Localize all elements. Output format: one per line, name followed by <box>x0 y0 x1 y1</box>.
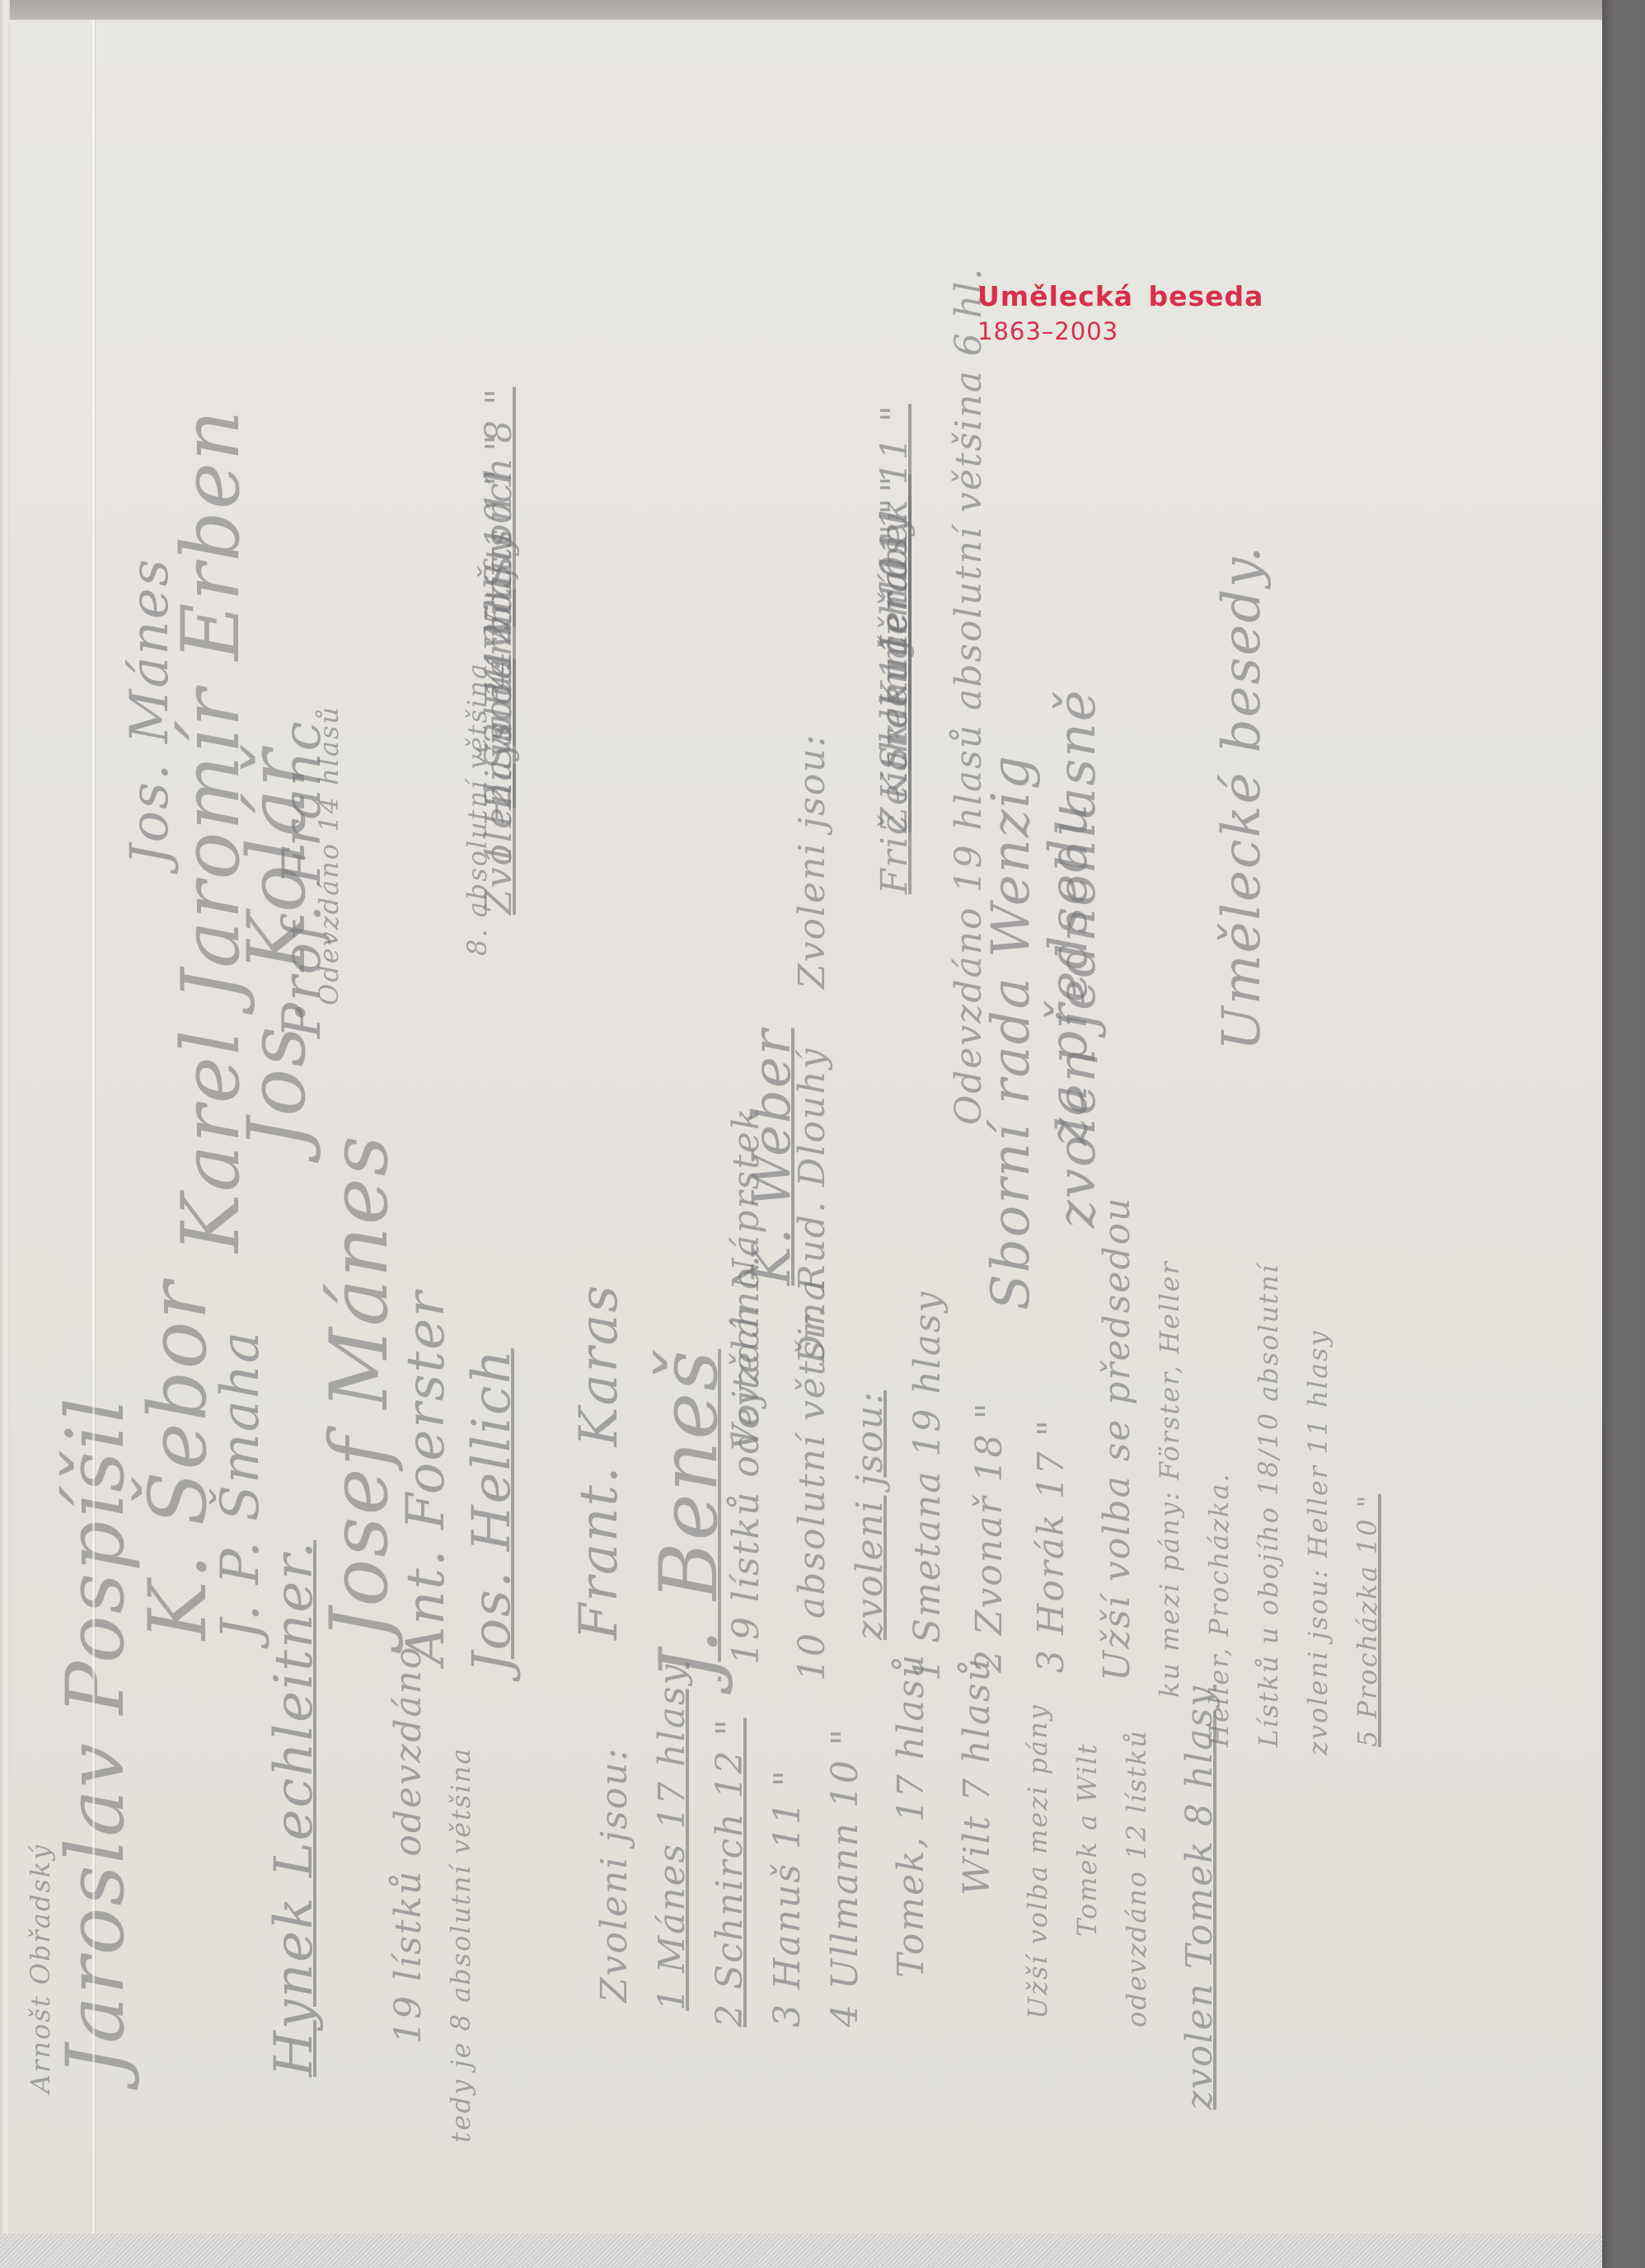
title-block: Umělecká beseda 1863–2003 <box>977 280 1263 346</box>
manuscript-line: J. P. Šmaha <box>210 1330 271 1640</box>
manuscript-line: tedy je 8 absolutní většina <box>445 1747 476 2143</box>
manuscript-line: zvoleni jsou: Heller 11 hlasy <box>1302 1329 1333 1755</box>
manuscript-line: 19 lístků odevzdáno. <box>725 1253 767 1665</box>
manuscript-line: Zeithammer 11 " <box>874 496 916 832</box>
manuscript-line: 8. absolutní většina <box>462 662 493 956</box>
manuscript-line: Zvoleni jsou: <box>791 733 833 989</box>
manuscript-line: 3 Barvitius 11 " <box>478 433 520 746</box>
manuscript-line: zvolen jednohlasně <box>1047 688 1108 1228</box>
manuscript-line: Kučera 11 " <box>874 475 916 709</box>
cover-title: Umělecká beseda <box>977 280 1263 313</box>
manuscript-line: Jaroslav Pospíšil <box>49 1396 142 2077</box>
manuscript-line: Užší volba mezi pány <box>1022 1703 1053 2019</box>
manuscript-line: Ant. Foerster <box>396 1290 457 1665</box>
manuscript-line: Užší volba se předsedou <box>1096 1197 1138 1681</box>
manuscript-line: Prof. Franc <box>272 720 333 1039</box>
manuscript-line: 5 Procházka 10 " <box>1352 1494 1383 1747</box>
book-cover: Vojtěch NáprstekDr. Rud. DlouhýK. WeberO… <box>0 0 1602 2233</box>
manuscript-line: Heller, Procházka. <box>1203 1472 1235 1747</box>
manuscript-line: Dr. Rud. Dlouhý <box>791 1047 833 1364</box>
manuscript-line: zvoleni jsou: <box>849 1390 891 1640</box>
manuscript-line: 2 Schnirch 12 " <box>709 1717 751 2027</box>
manuscript-line: 3 Horák 17 " <box>1030 1418 1072 1673</box>
manuscript-line: Wilt 7 hlasů <box>956 1656 998 1895</box>
manuscript-line: 3 Hanuš 11 " <box>766 1769 808 2027</box>
manuscript-line: K. Weber <box>742 1029 803 1286</box>
manuscript-line: Jos. Mánes <box>120 558 180 865</box>
manuscript-line: Zvoleni jsou: <box>478 659 520 915</box>
manuscript-line: ku mezi pány: Förster, Heller <box>1154 1260 1185 1698</box>
manuscript-line: K. Šebor <box>132 1281 224 1640</box>
manuscript-line: J. Beneš <box>643 1349 735 1681</box>
cover-dates: 1863–2003 <box>977 316 1263 346</box>
manuscript-line: Sborní rada Wenzig <box>981 754 1042 1310</box>
manuscript-line: Frant. Karas <box>569 1284 630 1640</box>
manuscript-line: Umělecké besedy. <box>1211 545 1272 1051</box>
manuscript-line: Zvoleni jsou: <box>593 1747 635 2003</box>
manuscript-line: 10 absolutní většina <box>791 1277 833 1681</box>
manuscript-line: Jos. Kolář <box>231 748 323 1150</box>
manuscript-line: 1 Smetana 19 hlasy <box>907 1291 949 1681</box>
manuscript-line: 4 Ullmann 10 " <box>824 1727 866 2027</box>
manuscript-line: Jeřábek 11 " <box>874 404 916 651</box>
manuscript-line: Lístků u obojího 18/10 absolutní <box>1253 1263 1284 1747</box>
manuscript-line: 1 Hlava 14 hlasy <box>478 532 520 865</box>
manuscript-line: za předsedu <box>1038 801 1099 1146</box>
manuscript-line: Vojtěch Náprstek <box>725 1107 767 1450</box>
manuscript-line: 19 lístků odevzdáno <box>387 1646 429 2044</box>
manuscript-line: Jos. Hellich <box>462 1348 523 1673</box>
manuscript-line: Tomek a Wilt <box>1071 1742 1103 1937</box>
manuscript-line: Hynek Lechleitner. <box>264 1540 325 2077</box>
manuscript-line: 5 Štorch 8 " <box>478 387 520 626</box>
manuscript-line: Karel Jaromír Erben <box>165 409 257 1253</box>
top-edge-band <box>0 0 1602 20</box>
manuscript-line: 2 Šulc 12 " <box>478 589 520 808</box>
manuscript-line: Sklenář 10 " <box>874 522 916 771</box>
manuscript-line: odevzdáno 12 lístků <box>1121 1729 1152 2027</box>
spine-fold-line <box>92 20 95 2233</box>
manuscript-line: Frič Karel 11 hlasy <box>874 513 916 894</box>
spine-edge <box>0 0 10 2233</box>
manuscript-line: Odevzdáno 14 hlasů <box>313 705 344 1005</box>
manuscript-line: 1 Mánes 17 hlasy <box>651 1663 693 2011</box>
right-background-strip <box>1602 0 1645 2268</box>
manuscript-line: Tomek, 17 hlasů <box>890 1653 932 1978</box>
manuscript-line: Josef Mánes <box>313 1134 405 1640</box>
manuscript-line: 2 Zvonař 18 " <box>968 1401 1010 1673</box>
manuscript-line: zvolen Tomek 8 hlasy <box>1179 1685 1221 2110</box>
bottom-background-strip <box>0 2233 1602 2268</box>
manuscript-background: Vojtěch NáprstekDr. Rud. DlouhýK. WeberO… <box>0 0 1602 2233</box>
manuscript-line: Odevzdáno 19 hlasů absolutní většina 6 h… <box>948 267 990 1125</box>
manuscript-line: Arnošt Obřadský <box>25 1844 56 2093</box>
manuscript-line: 4 Wolf 10 " <box>478 468 520 688</box>
